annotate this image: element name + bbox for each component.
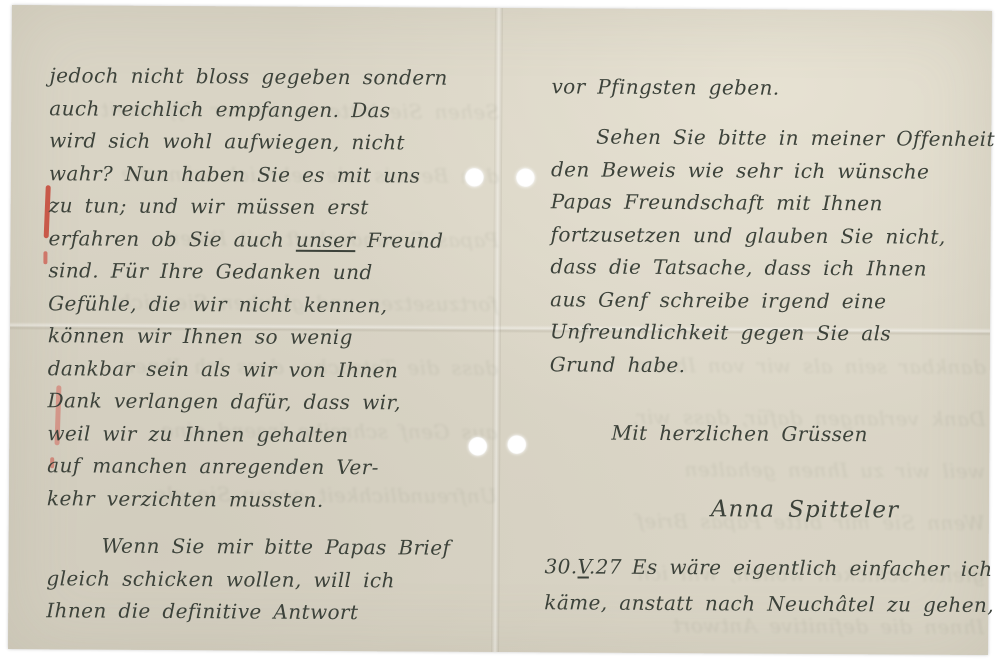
- punch-hole: [468, 437, 487, 456]
- letter-line: fortzusetzen und glauben Sie nicht,: [550, 218, 990, 253]
- letter-line: Mit herzlichen Grüssen: [611, 417, 951, 452]
- signature-name: Anna Spitteler: [711, 493, 991, 527]
- letter-line: dankbar sein als wir von Ihnen: [48, 352, 508, 387]
- right-page-paragraph-1: vor Pfingsten geben.: [551, 70, 991, 105]
- letter-line-segment: Freund: [355, 228, 443, 253]
- left-page-paragraph-1: jedoch nicht bloss gegeben sondern auch …: [47, 59, 510, 517]
- date-month-roman: V: [577, 554, 589, 578]
- letter-line: auf manchen anregenden Ver-: [47, 449, 507, 484]
- scan-background: Sehen Sie bitte in meiner Offenheit den …: [0, 0, 1005, 662]
- letter-line: Unfreundlichkeit gegen Sie als: [550, 315, 990, 350]
- letter-line: weil wir zu Ihnen gehalten: [47, 417, 507, 452]
- letter-line: aus Genf schreibe irgend eine: [550, 283, 990, 318]
- letter-line: gleich schicken wollen, will ich: [46, 562, 506, 597]
- letter-line: Papas Freundschaft mit Ihnen: [551, 185, 991, 220]
- letter-line: jedoch nicht bloss gegeben sondern: [49, 59, 509, 94]
- letter-line: Grund habe.: [550, 348, 990, 383]
- letter-line: Dank verlangen dafür, dass wir,: [47, 384, 507, 419]
- letter-line: käme, anstatt nach Neuchâtel zu gehen,: [544, 584, 994, 623]
- letter-line: vor Pfingsten geben.: [551, 70, 991, 105]
- letter-line: Sehen Sie bitte in meiner Offenheit: [551, 120, 991, 155]
- signature: Anna Spitteler: [711, 493, 991, 527]
- red-margin-mark: [43, 251, 47, 264]
- punch-hole: [465, 168, 484, 187]
- left-page-paragraph-2: Wenn Sie mir bitte Papas Brief gleich sc…: [46, 529, 507, 629]
- letter-line: dass die Tatsache, dass ich Ihnen: [550, 250, 990, 285]
- date-day: 30.: [544, 554, 577, 578]
- letter-line: zu tun; und wir müssen erst: [49, 189, 509, 224]
- letter-line: erfahren ob Sie auch unser Freund: [48, 222, 508, 257]
- postscript: 30.V.27Es wäre eigentlich einfacher ich …: [544, 548, 994, 623]
- letter-line: Ihnen die definitive Antwort: [46, 594, 506, 629]
- letter-line: 30.V.27Es wäre eigentlich einfacher ich: [544, 548, 994, 587]
- letter-line: kehr verzichten mussten.: [47, 482, 507, 517]
- right-page-paragraph-2: Sehen Sie bitte in meiner Offenheit den …: [550, 120, 992, 383]
- punch-hole: [516, 168, 535, 187]
- letter-line: Gefühle, die wir nicht kennen,: [48, 287, 508, 322]
- punch-hole: [507, 435, 526, 454]
- letter-line: sind. Für Ihre Gedanken und: [48, 254, 508, 289]
- paper-sheet: Sehen Sie bitte in meiner Offenheit den …: [8, 5, 992, 655]
- letter-line: wahr? Nun haben Sie es mit uns: [49, 157, 509, 192]
- letter-line: Wenn Sie mir bitte Papas Brief: [47, 529, 507, 564]
- date-year: .27: [589, 555, 622, 579]
- letter-line: können wir Ihnen so wenig: [48, 319, 508, 354]
- underlined-word: unser: [296, 227, 356, 251]
- letter-line: wird sich wohl aufwiegen, nicht: [49, 124, 509, 159]
- closing-salutation: Mit herzlichen Grüssen: [611, 417, 951, 452]
- letter-line-segment: Es wäre eigentlich einfacher ich: [632, 555, 993, 581]
- postscript-date: 30.V.27: [544, 554, 622, 578]
- letter-line: den Beweis wie sehr ich wünsche: [551, 153, 991, 188]
- letter-line: auch reichlich empfangen. Das: [49, 92, 509, 127]
- letter-line-segment: erfahren ob Sie auch: [48, 226, 296, 252]
